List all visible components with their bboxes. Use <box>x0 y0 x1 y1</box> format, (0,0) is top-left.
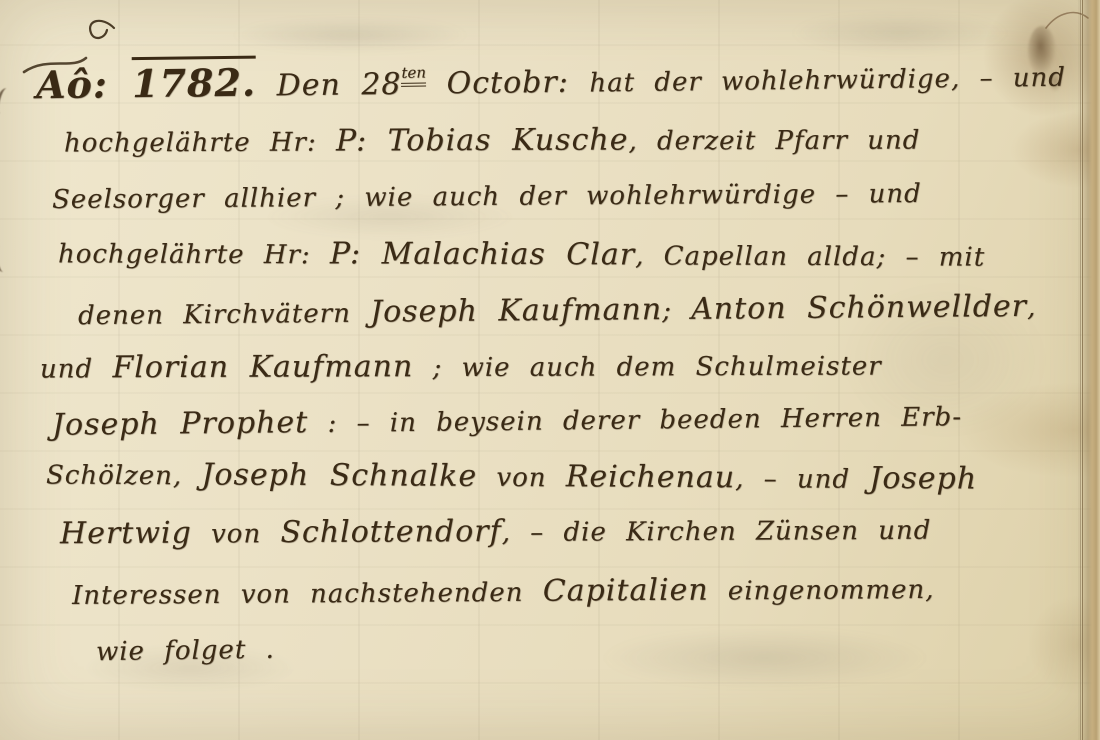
page-fold-line <box>1080 0 1081 740</box>
manuscript-text-segment: und <box>40 354 113 384</box>
manuscript-line: Aô: 1782. Den 28ten Octobr: hat der wohl… <box>36 52 1066 106</box>
manuscript-text-segment: ten <box>401 64 426 87</box>
manuscript-text-segment: Schölzen, <box>46 461 202 492</box>
manuscript-text-segment: Octobr: <box>426 65 590 102</box>
manuscript-text-segment: Joseph Prophet <box>52 405 309 443</box>
manuscript-line: hochgelährte Hr: P: Tobias Kusche, derze… <box>64 123 921 159</box>
manuscript-line: Seelsorger allhier ; wie auch der wohleh… <box>52 180 922 215</box>
manuscript-text-segment: Schlottendorf <box>280 514 501 550</box>
manuscript-text-segment: Interessen von nachstehenden <box>72 578 543 611</box>
manuscript-text-segment: von <box>477 463 566 493</box>
manuscript-line: wie folget . <box>96 636 275 667</box>
manuscript-line: Interessen von nachstehenden Capitalien … <box>72 572 935 611</box>
manuscript-text-segment: Seelsorger allhier ; wie auch der wohleh… <box>52 179 922 215</box>
manuscript-text-segment: Florian Kaufmann <box>112 349 413 385</box>
manuscript-page: Aô: 1782. Den 28ten Octobr: hat der wohl… <box>0 0 1100 740</box>
manuscript-text-segment: hochgelährte Hr: <box>64 128 336 159</box>
manuscript-line: Schölzen, Joseph Schnalke von Reichenau,… <box>46 458 977 496</box>
manuscript-text-segment: ; <box>662 296 691 326</box>
manuscript-text-segment: : – in beysein derer beeden Herren Erb- <box>308 402 962 439</box>
manuscript-text-segment: Joseph <box>869 461 977 497</box>
manuscript-text-segment: Capitalien <box>543 573 709 609</box>
manuscript-line: und Florian Kaufmann ; wie auch dem Schu… <box>40 349 882 385</box>
manuscript-text-segment: Den <box>256 67 362 103</box>
manuscript-text-segment: Joseph Kaufmann <box>370 292 662 330</box>
manuscript-text-segment: hochgelährte Hr: <box>58 239 330 270</box>
manuscript-text-segment: , – die Kirchen Zünsen und <box>502 516 932 548</box>
manuscript-text-segment: Joseph Schnalke <box>201 457 477 493</box>
manuscript-text-segment: P: Malachias Clar <box>330 236 635 272</box>
manuscript-text-segment: , Capellan allda; – mit <box>635 241 985 272</box>
manuscript-text-segment: wie folget . <box>96 635 275 667</box>
manuscript-text-segment: denen Kirchvätern <box>78 299 370 332</box>
manuscript-text-segment: ; wie auch dem Schulmeister <box>413 352 882 384</box>
manuscript-line: hochgelährte Hr: P: Malachias Clar, Cape… <box>58 236 985 272</box>
manuscript-text-segment: P: Tobias Kusche <box>336 123 629 159</box>
manuscript-text-segment: , derzeit Pfarr und <box>628 126 920 157</box>
manuscript-text-segment: von <box>192 519 281 549</box>
manuscript-text-segment: , <box>1027 293 1037 323</box>
manuscript-text-segment: hat der wohlehrwürdige, – und <box>589 63 1066 99</box>
manuscript-text-segment: 28 <box>361 67 402 102</box>
manuscript-line: denen Kirchvätern Joseph Kaufmann; Anton… <box>78 290 1037 331</box>
manuscript-text-segment: eingenommen, <box>709 575 935 607</box>
manuscript-line: Joseph Prophet : – in beysein derer beed… <box>52 399 962 442</box>
manuscript-line: Hertwig von Schlottendorf, – die Kirchen… <box>60 513 932 551</box>
manuscript-text-segment: 1782. <box>132 56 257 107</box>
manuscript-text-segment: , – und <box>735 464 869 495</box>
manuscript-lines: Aô: 1782. Den 28ten Octobr: hat der wohl… <box>0 0 1100 740</box>
manuscript-text-segment: Anton Schönwellder <box>691 289 1027 327</box>
manuscript-text-segment: Aô: <box>36 61 133 107</box>
page-edge-strip <box>1082 0 1100 740</box>
manuscript-text-segment: Reichenau <box>566 459 736 495</box>
manuscript-text-segment: Hertwig <box>60 516 192 552</box>
